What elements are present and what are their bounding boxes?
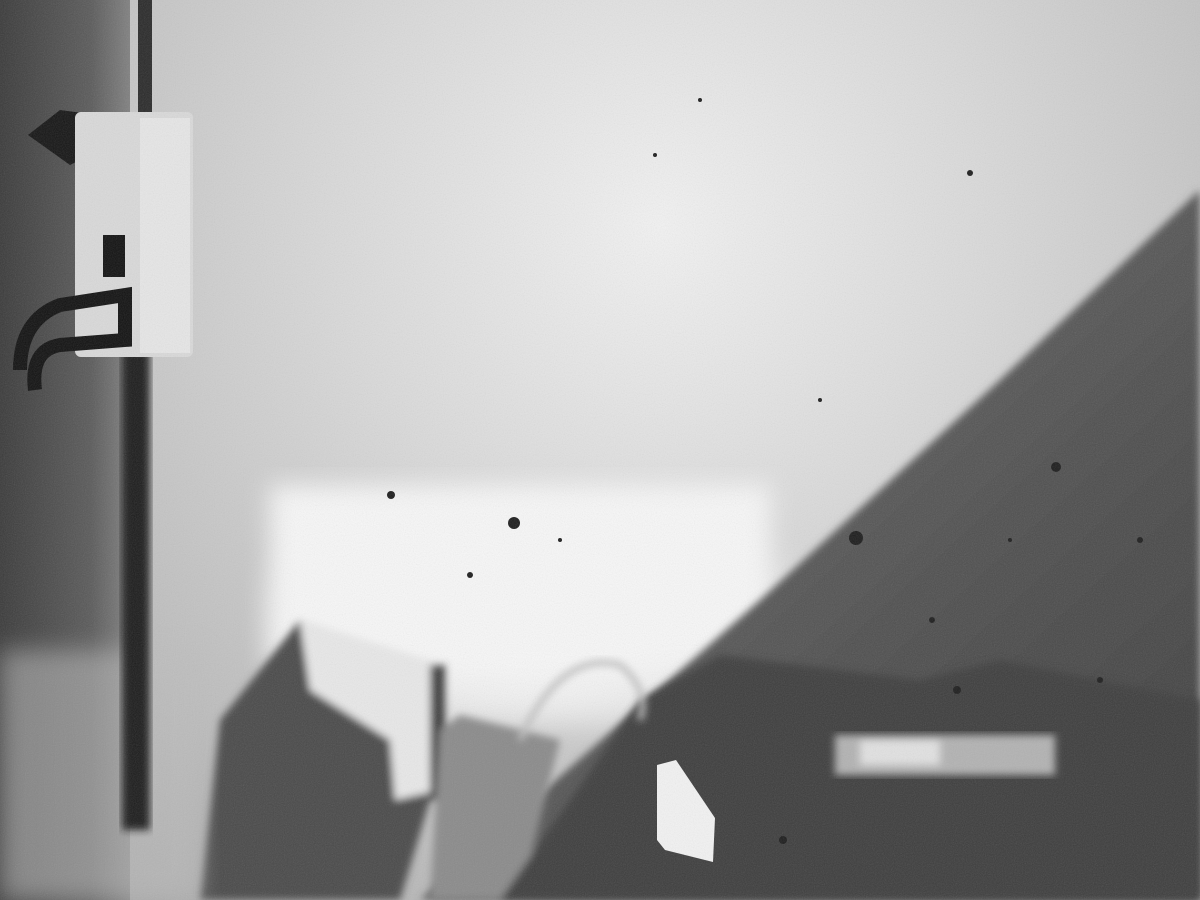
photo-scene: [0, 0, 1200, 900]
photograph: Black and white double-exposure photogra…: [0, 0, 1200, 900]
